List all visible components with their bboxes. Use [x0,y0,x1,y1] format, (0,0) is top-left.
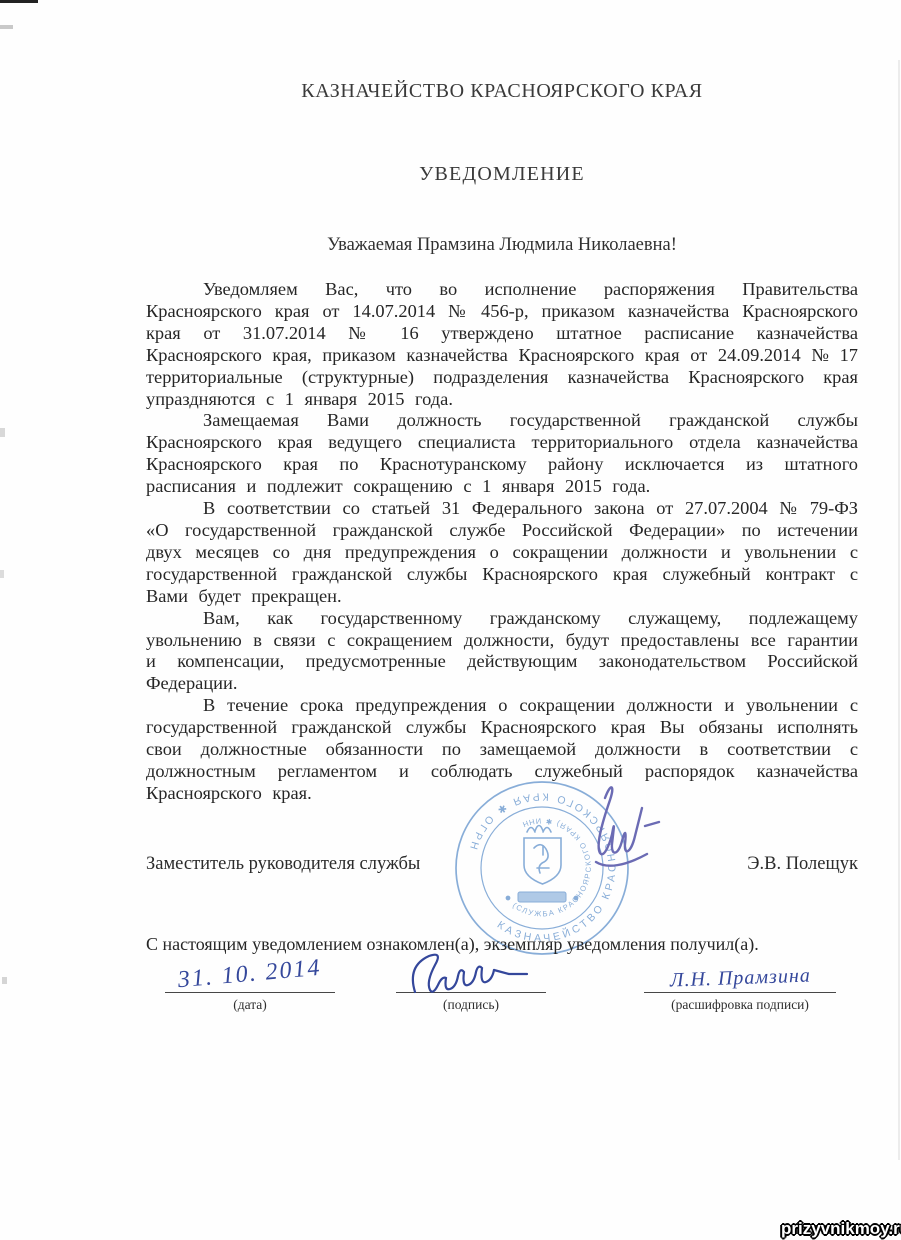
name-transcript-field: Л.Н. Прамзина (расшифровка подписи) [644,945,836,1013]
handwritten-date: 31. 10. 2014 [177,955,323,994]
scanned-letter-page: КАЗНАЧЕЙСТВО КРАСНОЯРСКОГО КРАЯ УВЕДОМЛЕ… [0,0,901,1240]
salutation: Уважаемая Прамзина Людмила Николаевна! [146,235,858,256]
scan-artifact [0,570,4,578]
scan-artifact [0,25,13,29]
organization-title: КАЗНАЧЕЙСТВО КРАСНОЯРСКОГО КРАЯ [146,80,858,103]
date-field-label: (дата) [165,993,335,1013]
body-paragraph: В соответствии со статьей 31 Федеральног… [146,498,858,608]
scan-edge-line [898,60,900,1160]
scan-artifact [2,977,7,984]
body-paragraph: Уведомляем Вас, что во исполнение распор… [146,279,858,410]
document-title: УВЕДОМЛЕНИЕ [146,163,858,186]
scan-artifact [0,0,38,3]
body-paragraph: Вам, как государственному гражданскому с… [146,608,858,696]
date-field: 31. 10. 2014 (дата) [165,945,335,1013]
letter-body: Уведомляем Вас, что во исполнение распор… [146,279,858,805]
signature-scribble-employee [405,950,537,998]
signature-field: (подпись) [396,945,546,1013]
scan-artifact [0,428,5,437]
name-field-label: (расшифровка подписи) [644,993,836,1013]
signer-name: Э.В. Полещук [747,854,858,875]
handwritten-name: Л.Н. Прамзина [669,965,811,993]
signer-position-title: Заместитель руководителя службы [146,854,420,875]
body-paragraph: Замещаемая Вами должность государственно… [146,410,858,498]
signature-row: Заместитель руководителя службы Э.В. Пол… [146,854,858,875]
site-watermark: prizyvnikmoy.ru [781,1219,901,1239]
